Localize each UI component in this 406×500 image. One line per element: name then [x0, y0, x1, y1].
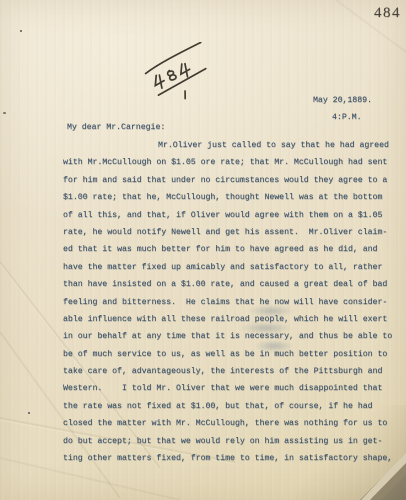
scanned-letter: 484 May 20,1889. 4:P.M. My dear Mr.Carne… [0, 0, 406, 500]
body-line: able influence with all these railroad p… [63, 311, 403, 328]
body-line: Mr.Oliver just called to say that he had… [63, 137, 403, 154]
ink-speck [28, 412, 30, 414]
body-line: be of much service to us, as well as be … [63, 346, 403, 363]
body-line: take care of, advantageously, the intere… [63, 363, 403, 380]
body-line: than have insisted on a $1.00 rate, and … [63, 276, 403, 293]
body-line: for him and said that under no circumsta… [63, 172, 403, 189]
handwritten-mark [143, 42, 219, 110]
body-line: with Mr.McCullough on $1.05 ore rate; th… [63, 154, 403, 171]
body-line: Western. I told Mr. Oliver that we were … [63, 380, 403, 397]
dateline-date: May 20,1889. [313, 92, 372, 109]
body-line: the rate was not fixed at $1.00, but tha… [63, 398, 403, 415]
letter-body: Mr.Oliver just called to say that he had… [63, 137, 403, 467]
body-line: of all this, and that, if Oliver would a… [63, 207, 403, 224]
body-line: do but accept; but that we would rely on… [63, 433, 403, 450]
body-line: $1.00 rate; that he, McCullough, thought… [63, 189, 403, 206]
body-line: have the matter fixed up amicably and sa… [63, 259, 403, 276]
letter-page: 484 May 20,1889. 4:P.M. My dear Mr.Carne… [0, 0, 406, 500]
body-line: rate, he would notify Newell and get his… [63, 224, 403, 241]
salutation: My dear Mr.Carnegie: [67, 119, 165, 136]
body-line: feeling and bitterness. He claims that h… [63, 294, 403, 311]
dateline-time: 4:P.M. [332, 109, 361, 126]
ink-speck [20, 30, 22, 32]
ink-speck [3, 112, 6, 114]
body-line: closed the matter with Mr. McCullough, t… [63, 415, 403, 432]
body-line: ed that it was much better for him to ha… [63, 241, 403, 258]
body-line: in our behalf at any time that it is nec… [63, 328, 403, 345]
page-number: 484 [374, 5, 401, 22]
body-line: ting other matters fixed, from time to t… [63, 450, 403, 467]
